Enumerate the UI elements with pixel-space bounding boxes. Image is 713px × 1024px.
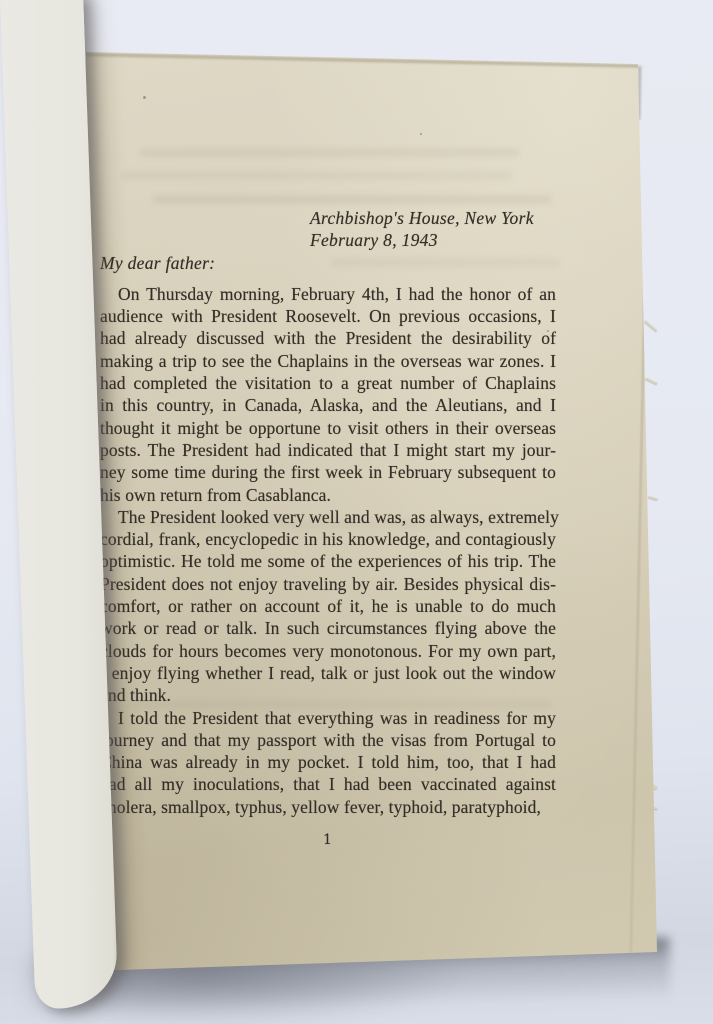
text-line: making a trip to see the Chaplains in th… (100, 350, 556, 372)
letter-paragraph: The President looked very well and was, … (100, 506, 556, 707)
text-line: President does not enjoy traveling by ai… (100, 573, 556, 595)
text-line: I enjoy flying whether I read, talk or j… (100, 662, 556, 684)
ink-showthrough (122, 171, 512, 180)
letter-paragraph: On Thursday morning, February 4th, I had… (100, 283, 556, 506)
text-line: cordial, frank, encyclopedic in his know… (100, 528, 556, 550)
text-line: China was already in my pocket. I told h… (100, 751, 556, 773)
letter-paragraphs: On Thursday morning, February 4th, I had… (100, 283, 556, 818)
text-line: I told the President that everything was… (100, 707, 556, 729)
ink-showthrough (140, 148, 520, 157)
paper-speck (420, 133, 422, 135)
text-line: ney some time during the first week in F… (100, 461, 556, 483)
dateline: Archbishop's House, New York February 8,… (100, 207, 556, 252)
text-line: The President looked very well and was, … (100, 506, 556, 528)
text-line: work or read or talk. In such circumstan… (100, 617, 556, 639)
text-line: his own return from Casablanca. (100, 484, 556, 506)
text-line: On Thursday morning, February 4th, I had… (100, 283, 556, 305)
salutation: My dear father: (100, 252, 556, 274)
book-page: Archbishop's House, New York February 8,… (60, 52, 657, 972)
text-line: comfort, or rather on account of it, he … (100, 595, 556, 617)
text-line: clouds for hours becomes very monotonous… (100, 640, 556, 662)
dateline-line: Archbishop's House, New York (310, 207, 556, 229)
page-number: 1 (100, 832, 556, 848)
text-line: had already discussed with the President… (100, 327, 556, 349)
text-line: had completed the visitation to a great … (100, 372, 556, 394)
letter-text: Archbishop's House, New York February 8,… (100, 207, 556, 848)
paper-speck (143, 96, 146, 99)
text-line: cholera, smallpox, typhus, yellow fever,… (100, 796, 556, 818)
text-line: audience with President Roosevelt. On pr… (100, 305, 556, 327)
text-line: thought it might be opportune to visit o… (100, 417, 556, 439)
letter-paragraph: I told the President that everything was… (100, 707, 556, 818)
dateline-line: February 8, 1943 (310, 229, 556, 251)
text-line: posts. The President had indicated that … (100, 439, 556, 461)
text-line: journey and that my passport with the vi… (100, 729, 556, 751)
ink-showthrough (152, 195, 552, 204)
book-photo: Archbishop's House, New York February 8,… (0, 0, 713, 1024)
text-line: had all my inoculations, that I had been… (100, 773, 556, 795)
text-line: optimistic. He told me some of the exper… (100, 550, 556, 572)
text-line: in this country, in Canada, Alaska, and … (100, 394, 556, 416)
text-line: and think. (100, 684, 556, 706)
